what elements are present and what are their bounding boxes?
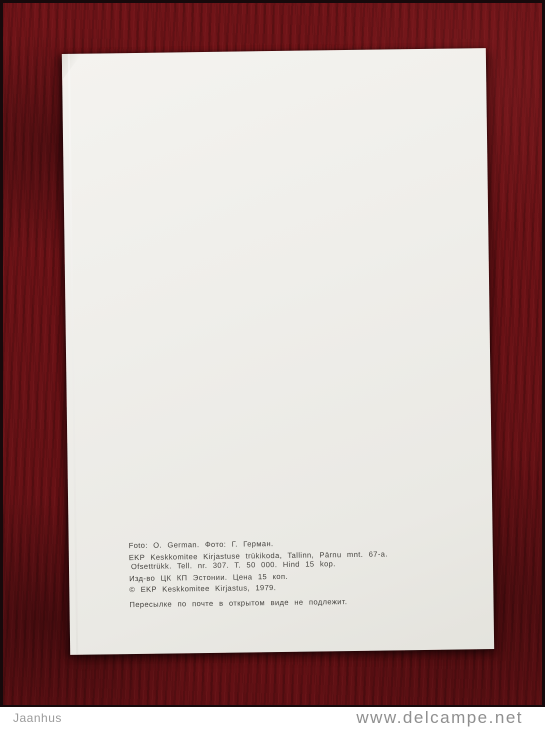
delcampe-watermark: www.delcampe.net bbox=[356, 708, 523, 728]
watermark-strip: Jaanhus www.delcampe.net bbox=[0, 707, 545, 730]
imprint-photo-credit: Foto: O. German. Фото: Г. Герман. bbox=[129, 537, 475, 550]
publisher-imprint: Foto: O. German. Фото: Г. Герман. EKP Ke… bbox=[129, 537, 476, 609]
postcard-back: Foto: O. German. Фото: Г. Герман. EKP Ke… bbox=[62, 48, 494, 655]
imprint-copyright: © EKP Keskkomitee Kirjastus, 1979. bbox=[129, 581, 475, 594]
corner-fold bbox=[62, 54, 82, 80]
seller-watermark: Jaanhus bbox=[13, 711, 62, 725]
screenshot-stage: Foto: O. German. Фото: Г. Герман. EKP Ke… bbox=[0, 0, 545, 730]
imprint-mailing-note: Пересылке по почте в открытом виде не по… bbox=[129, 596, 475, 609]
photo-frame: Foto: O. German. Фото: Г. Герман. EKP Ke… bbox=[0, 0, 545, 707]
card-edge-highlight bbox=[68, 54, 78, 655]
